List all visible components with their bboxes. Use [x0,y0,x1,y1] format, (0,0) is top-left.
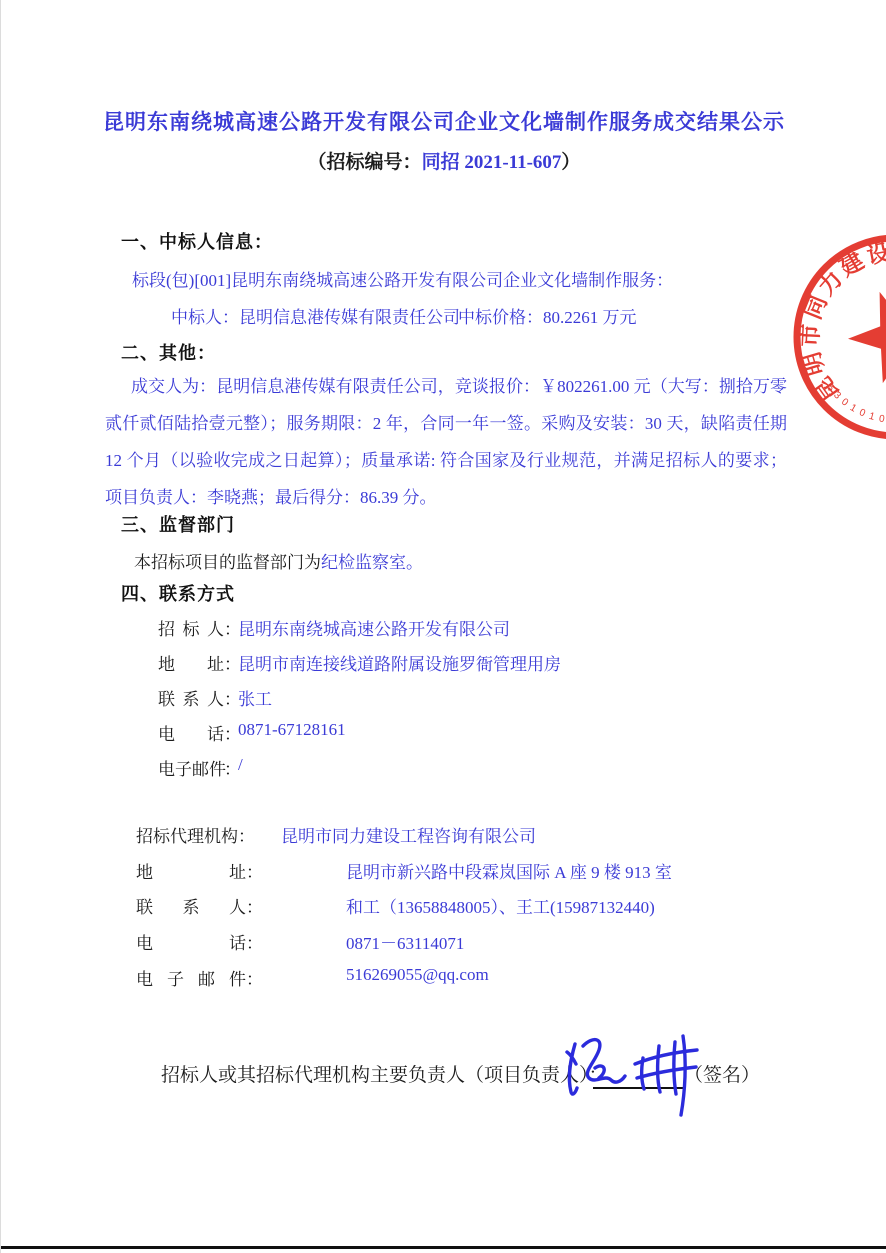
agency-header-label: 招标代理机构： [136,827,255,846]
colon: ： [246,863,263,882]
supervision-text: 本招标项目的监督部门为 [134,553,321,572]
section1-heading: 一、中标人信息： [121,228,273,254]
tenderer-row-phone: 电话： 0871-67128161 [158,720,241,745]
tenderer-name-value: 昆明东南绕城高速公路开发有限公司 [238,615,510,640]
agency-header-row: 招标代理机构： 昆明市同力建设工程咨询有限公司 [136,822,255,847]
price-label: 中标价格： [458,308,543,327]
section2-heading: 二、其他： [121,339,216,365]
agency-contact-value: 和工（13658848005）、王工(15987132440) [346,893,655,918]
deal-details-paragraph: 成交人为：昆明信息港传媒有限责任公司，竞谈报价：￥802261.00 元（大写：… [105,368,787,516]
tenderer-phone-label: 电话 [158,720,224,745]
tenderer-address-label: 地址 [158,650,224,675]
winner-label: 中标人： [171,308,239,327]
tenderer-phone-value: 0871-67128161 [238,720,346,740]
price-label-and-value: 中标价格：80.2261 万元 [458,303,637,328]
section3-heading: 三、监督部门 [121,511,235,537]
handwritten-signature [531,1022,721,1127]
tenderer-address-value: 昆明市南连接线道路附属设施罗衙管理用房 [238,650,561,675]
company-seal-stamp: 昆明市同力建设工程咨询 5301010 [786,228,886,448]
lot-line: 标段(包)[001]昆明东南绕城高速公路开发有限公司企业文化墙制作服务： [132,266,673,291]
agency-header-value: 昆明市同力建设工程咨询有限公司 [281,822,536,847]
supervision-line: 本招标项目的监督部门为纪检监察室。 [134,548,423,573]
agency-phone-label: 电话 [136,929,246,954]
tender-number-suffix: ） [561,152,580,173]
colon: ： [246,898,263,917]
agency-contact-label: 联系人 [136,893,246,918]
tenderer-email-value: / [238,755,243,775]
tenderer-email-label: 电子邮件 [158,755,224,780]
price-value: 80.2261 万元 [543,308,637,327]
seal-serial-number: 5301010 [824,382,886,426]
tender-number-prefix: （招标编号： [308,152,422,173]
agency-row-address: 地址： 昆明市新兴路中段霖岚国际 A 座 9 楼 913 室 [136,858,263,883]
tender-number-line: （招标编号：同招 2021-11-607） [1,147,886,174]
agency-email-label: 电子邮件 [136,965,246,990]
tender-number: 同招 2021-11-607 [422,152,562,173]
seal-star [848,292,886,383]
tenderer-row-email: 电子邮件： / [158,755,241,780]
agency-row-phone: 电话： 0871－63114071 [136,929,263,954]
agency-row-email: 电子邮件： 516269055@qq.com [136,965,263,990]
tenderer-contact-value: 张工 [238,685,272,710]
page-bottom-edge [1,1246,886,1249]
section4-heading: 四、联系方式 [121,580,235,606]
colon: ： [246,970,263,989]
winner-label-and-value: 中标人：昆明信息港传媒有限责任公司 [171,303,460,328]
tenderer-row-name: 招标人： 昆明东南绕城高速公路开发有限公司 [158,615,241,640]
tenderer-row-address: 地址： 昆明市南连接线道路附属设施罗衙管理用房 [158,650,241,675]
agency-address-label: 地址 [136,858,246,883]
document-page: 昆明东南绕城高速公路开发有限公司企业文化墙制作服务成交结果公示 （招标编号：同招… [0,0,886,1253]
tenderer-contact-label: 联系人 [158,685,224,710]
page-title: 昆明东南绕城高速公路开发有限公司企业文化墙制作服务成交结果公示 [1,106,886,136]
tenderer-row-contact: 联系人： 张工 [158,685,241,710]
tenderer-name-label: 招标人 [158,615,224,640]
agency-email-value: 516269055@qq.com [346,965,489,985]
agency-row-contact: 联系人： 和工（13658848005）、王工(15987132440) [136,893,263,918]
colon: ： [246,934,263,953]
agency-address-value: 昆明市新兴路中段霖岚国际 A 座 9 楼 913 室 [346,858,672,883]
winner-value: 昆明信息港传媒有限责任公司 [239,308,460,327]
supervision-department: 纪检监察室。 [321,553,423,572]
agency-phone-value: 0871－63114071 [346,929,464,954]
